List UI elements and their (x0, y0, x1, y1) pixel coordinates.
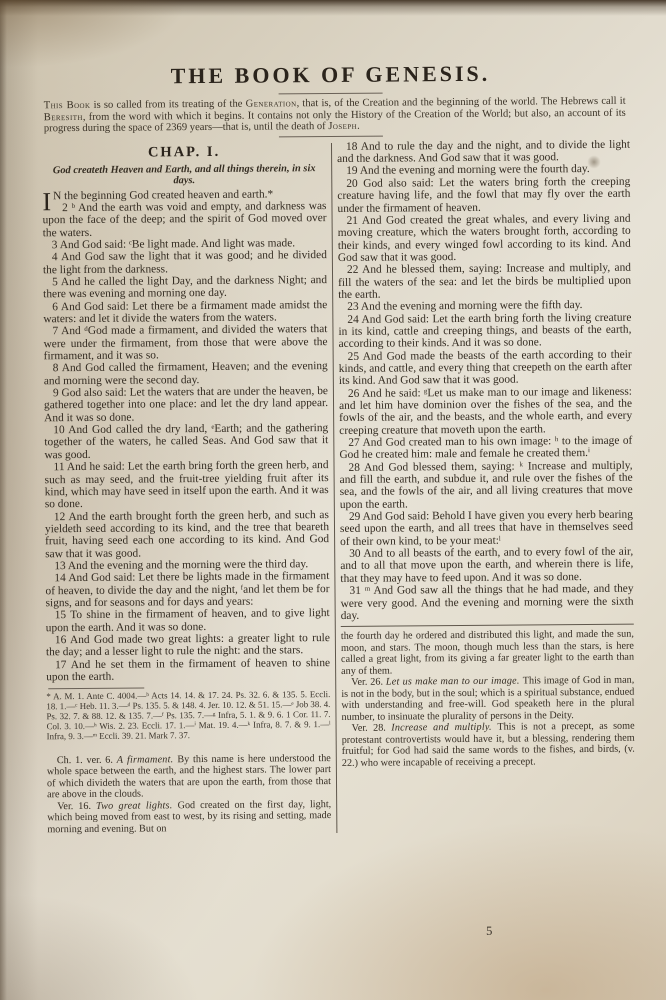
verse: 11 And he said: Let the earth bring fort… (44, 459, 328, 511)
intro-rule (279, 135, 383, 137)
page-content: THE BOOK OF GENESIS. This Book is so cal… (0, 0, 666, 1000)
verse: 30 And to all beasts of the earth, and t… (340, 546, 633, 585)
verse: 29 And God said: Behold I have given you… (340, 509, 633, 548)
verse: 27 And God created man to his own image:… (339, 435, 632, 462)
title-rule (279, 93, 383, 95)
verse: 4 And God saw the light that it was good… (43, 249, 327, 276)
verse: 12 And the earth brought forth the green… (45, 509, 329, 561)
verse: 25 And God made the beasts of the earth … (339, 348, 632, 387)
verse: 14 And God said: Let there be lights mad… (45, 570, 329, 609)
commentary-paragraph: Ch. 1. ver. 6. A firmament. By this name… (47, 753, 331, 801)
two-column-text: CHAP. I. God createth Heaven and Earth, … (42, 138, 635, 835)
footnotes: * A. M. 1. Ante C. 4004.—ᵇ Acts 14. 14. … (46, 690, 330, 742)
verse: 22 And he blessed them, saying: Increase… (338, 262, 631, 301)
verse: 2 ᵇ And the earth was void and empty, an… (42, 200, 326, 239)
chapter-heading: CHAP. I. (42, 143, 326, 162)
column-divider (331, 143, 337, 834)
intro-smallcaps-word: This Book (44, 100, 91, 111)
chapter-summary: God createth Heaven and Earth, and all t… (46, 163, 322, 188)
verse: 24 And God said: Let the earth bring for… (338, 311, 631, 350)
verse: 20 God also said: Let the waters bring f… (337, 175, 630, 214)
verse: 9 God also said: Let the waters that are… (44, 385, 328, 424)
verse: 21 And God created the great whales, and… (338, 213, 631, 265)
drop-cap: I (42, 190, 53, 213)
verse: 6 And God said: Let there be a firmament… (43, 299, 327, 326)
verses-left: IN the beginning God created heaven and … (42, 188, 330, 684)
verse: 31 ᵐ And God saw all the things that he … (340, 583, 633, 622)
left-column: CHAP. I. God createth Heaven and Earth, … (42, 141, 331, 836)
verse: 7 And ᵈGod made a firmament, and divided… (43, 323, 327, 362)
verse: 17 And he set them in the firmament of h… (46, 657, 330, 684)
intro-smallcaps-word: Beresith (44, 112, 83, 123)
intro-smallcaps-word: Generation (246, 98, 297, 109)
commentary-paragraph: Ver. 26. Let us make man to our image. T… (341, 675, 634, 723)
commentary-right: the fourth day he ordered and distribute… (341, 629, 635, 769)
commentary-paragraph: Ver. 16. Two great lights. God created o… (47, 799, 331, 836)
verse: 15 To shine in the firmament of heaven, … (46, 607, 330, 634)
page-title: THE BOOK OF GENESIS. (0, 59, 664, 90)
verse: 26 And he said: ᵍLet us make man to our … (339, 385, 632, 437)
verse: 28 And God blessed them, saying: ᵏ Incre… (339, 459, 632, 511)
commentary-paragraph: Ver. 28. Increase and multiply. This is … (342, 721, 635, 769)
intro-text: is so called from its treating of the (90, 99, 245, 111)
verse: 10 And God called the dry land, ᵉEarth; … (44, 422, 328, 461)
verse: 8 And God called the firmament, Heaven; … (44, 360, 328, 387)
intro-text: . (357, 121, 360, 132)
footnote-rule (48, 688, 144, 690)
book-page: THE BOOK OF GENESIS. This Book is so cal… (0, 0, 666, 1000)
commentary-paragraph: the fourth day he ordered and distribute… (341, 629, 634, 677)
verses-right: 18 And to rule the day and the night, an… (337, 138, 634, 622)
intro-smallcaps-word: Joseph (328, 121, 357, 132)
verse: 18 And to rule the day and the night, an… (337, 138, 630, 165)
commentary-rule (341, 624, 634, 627)
page-number: 5 (474, 924, 504, 939)
commentary-left: Ch. 1. ver. 6. A firmament. By this name… (47, 753, 332, 836)
verse: 5 And he called the light Day, and the d… (43, 274, 327, 301)
verse: 16 And God made two great lights: a grea… (46, 632, 330, 659)
intro-paragraph: This Book is so called from its treating… (44, 96, 626, 135)
right-column: 18 And to rule the day and the night, an… (337, 138, 635, 833)
